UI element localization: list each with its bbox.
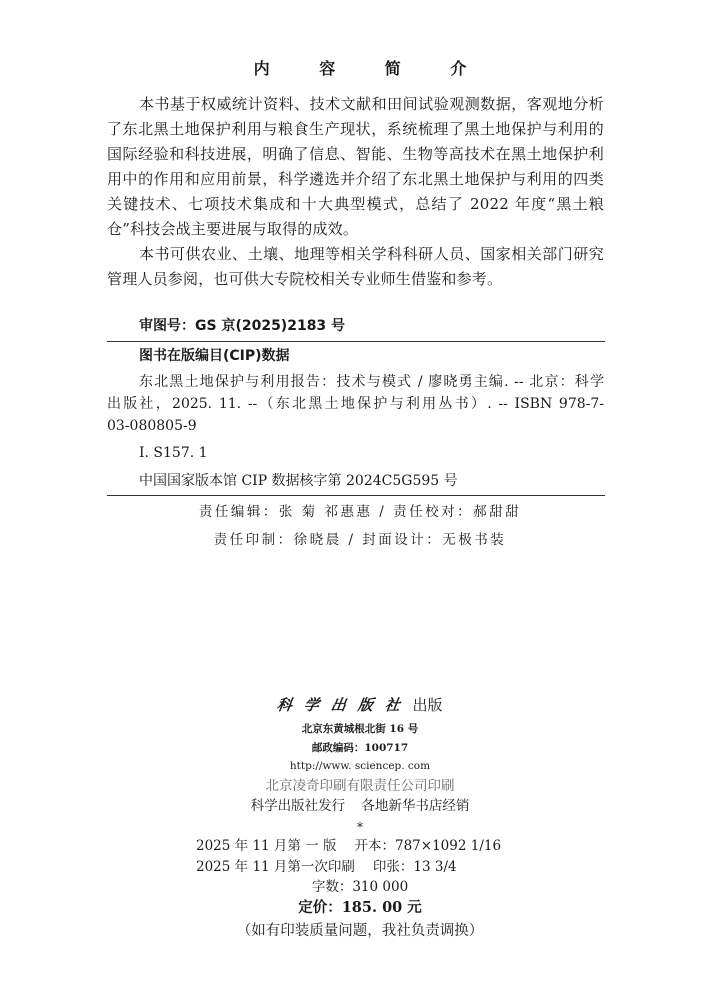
separator-star: * <box>0 820 720 834</box>
cip-check-number: 中国国家版本馆 CIP 数据核字第 2024C5G595 号 <box>139 470 458 492</box>
classification-number: Ⅰ. S157. 1 <box>139 442 208 464</box>
intro-line: 用中的作用和应用前景，科学遴选并介绍了东北黑土地保护与利用的四类 <box>107 167 604 191</box>
cip-entry-line: 出版社，2025. 11. --（东北黑土地保护与利用丛书）. -- ISBN … <box>107 393 604 415</box>
publisher-address: 北京东黄城根北街 16 号 <box>0 720 720 738</box>
copyright-page: 内 容 简 介 本书基于权威统计资料、技术文献和田间试验观测数据，客观地分析 了… <box>0 0 720 1000</box>
print-sheets: 印张：13 3/4 <box>373 859 457 875</box>
printer: 北京凌奇印刷有限责任公司印刷 <box>0 776 720 796</box>
divider <box>107 341 605 342</box>
intro-line: 本书基于权威统计资料、技术文献和田间试验观测数据，客观地分析 <box>139 92 604 116</box>
editor-credits: 责任编辑：张 菊 祁惠惠 / 责任校对：郝甜甜 <box>0 501 720 523</box>
divider <box>107 495 605 496</box>
price: 定价：185. 00 元 <box>0 897 720 919</box>
cip-entry-line: 03-080805-9 <box>107 415 604 437</box>
print-date: 2025 年 11 月第一次印刷 <box>196 859 355 875</box>
publisher-line: 科学出版社出版 <box>0 693 720 717</box>
word-count: 字数：310 000 <box>0 877 720 897</box>
quality-notice: （如有印装质量问题，我社负责调换） <box>0 920 720 942</box>
intro-line: 本书可供农业、土壤、地理等相关学科科研人员、国家相关部门研究 <box>139 242 604 266</box>
publisher-postcode: 邮政编码：100717 <box>0 739 720 757</box>
publisher-website: http://www. sciencep. com <box>0 757 720 775</box>
production-credits: 责任印制：徐晓晨 / 封面设计：无极书装 <box>0 529 720 551</box>
edition-date: 2025 年 11 月第 一 版 <box>196 838 337 854</box>
intro-line: 仓”科技会战主要进展与取得的成效。 <box>107 217 604 241</box>
intro-line: 国际经验和科技进展，明确了信息、智能、生物等高技术在黑土地保护利 <box>107 142 604 166</box>
page-title: 内 容 简 介 <box>0 56 720 79</box>
publisher-suffix: 出版 <box>413 696 443 714</box>
map-approval-number: 审图号：GS 京(2025)2183 号 <box>139 316 345 336</box>
publisher-logo: 科学出版社 <box>276 693 414 717</box>
print-line: 2025 年 11 月第一次印刷印张：13 3/4 <box>196 857 457 877</box>
cip-heading: 图书在版编目(CIP)数据 <box>139 346 290 366</box>
cip-entry-line: 东北黑土地保护与利用报告：技术与模式 / 廖晓勇主编. -- 北京：科学 <box>139 371 604 393</box>
intro-line: 关键技术、七项技术集成和十大典型模式，总结了 2022 年度“黑土粮 <box>107 192 604 216</box>
intro-line: 管理人员参阅，也可供大专院校相关专业师生借鉴和参考。 <box>107 267 604 291</box>
book-format: 开本：787×1092 1/16 <box>355 838 502 854</box>
intro-line: 了东北黑土地保护利用与粮食生产现状，系统梳理了黑土地保护与利用的 <box>107 117 604 141</box>
distribution: 科学出版社发行 各地新华书店经销 <box>0 796 720 816</box>
edition-line: 2025 年 11 月第 一 版开本：787×1092 1/16 <box>196 836 501 856</box>
